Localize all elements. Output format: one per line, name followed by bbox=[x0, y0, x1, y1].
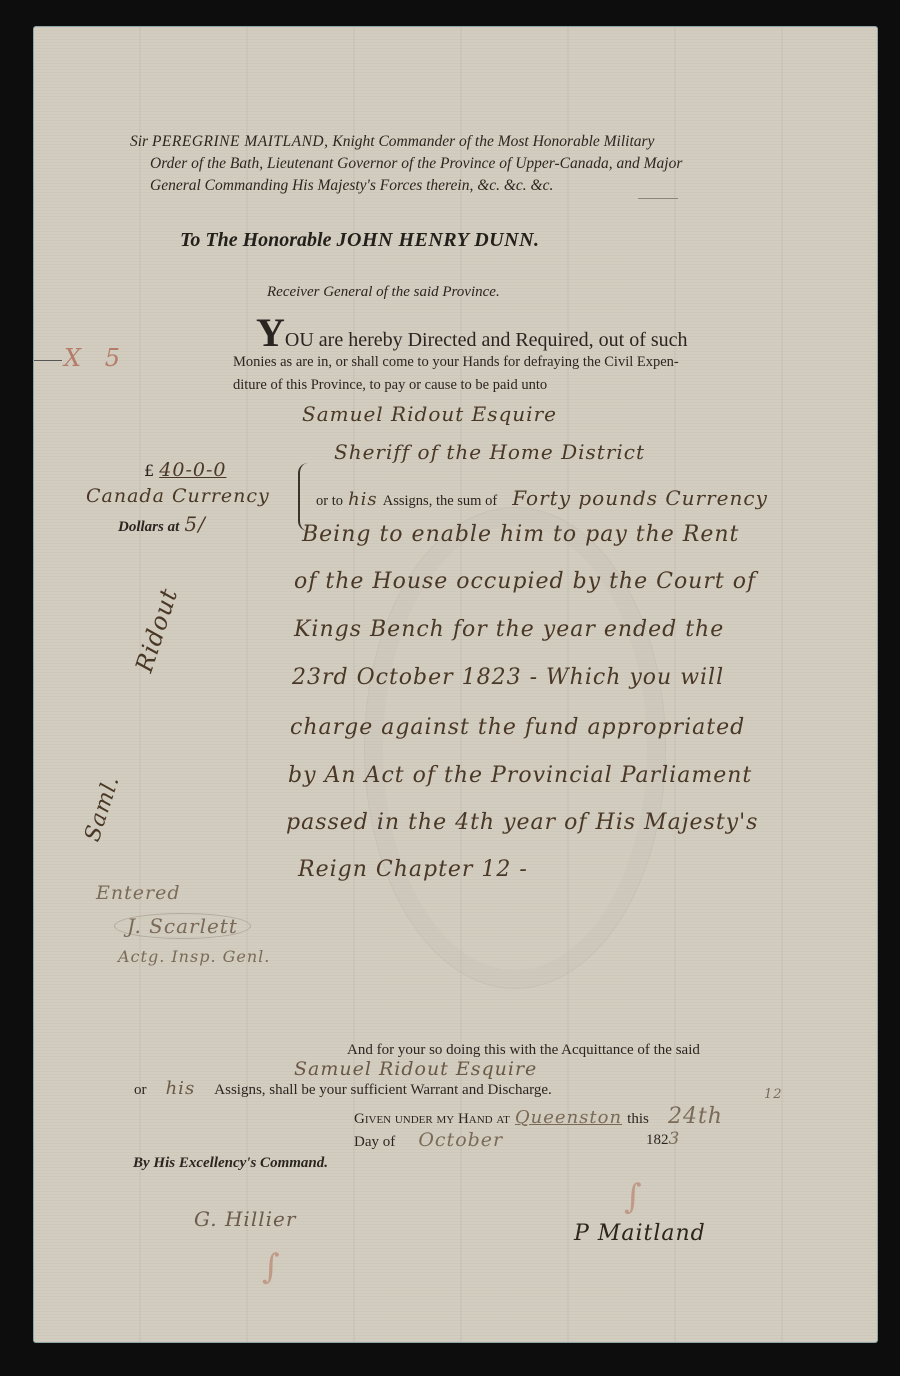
day-of-label: Day of bbox=[354, 1134, 395, 1150]
directive-line-2: Monies as are in, or shall come to your … bbox=[233, 354, 679, 371]
directive-line-1: YOU are hereby Directed and Required, ou… bbox=[256, 309, 688, 356]
directive-text-1: OU are hereby Directed and Required, out… bbox=[285, 329, 688, 351]
governor-signature: P Maitland bbox=[574, 1221, 706, 1246]
margin-amount: £ 40-0-0 bbox=[144, 459, 226, 481]
or-to-label: or to bbox=[316, 493, 343, 509]
red-margin-mark: X 5 bbox=[64, 344, 128, 372]
addressee-name: JOHN HENRY DUNN. bbox=[337, 229, 540, 251]
closing-line-2: or his Assigns, shall be your sufficient… bbox=[134, 1078, 552, 1099]
purpose-line: Being to enable him to pay the Rent bbox=[302, 522, 739, 547]
given-place: Queenston bbox=[515, 1107, 622, 1128]
given-label: Given under my Hand at bbox=[354, 1111, 510, 1127]
assigns-label: Assigns, the sum of bbox=[383, 493, 497, 509]
header-line-1: Sir PEREGRINE MAITLAND, Knight Commander… bbox=[130, 131, 654, 152]
dollars-label: Dollars at bbox=[118, 519, 179, 535]
addressee: To The Honorable JOHN HENRY DUNN. bbox=[180, 229, 540, 252]
header-prefix: Sir bbox=[130, 133, 152, 150]
red-check-mark-right: ∫ bbox=[624, 1177, 642, 1217]
sum-amount: Forty pounds Currency bbox=[512, 486, 768, 510]
secretary-signature: G. Hillier bbox=[194, 1207, 296, 1231]
warrant-document: Sir PEREGRINE MAITLAND, Knight Commander… bbox=[34, 27, 877, 1342]
given-month: October bbox=[418, 1129, 503, 1151]
payee-name: Samuel Ridout Esquire bbox=[302, 402, 557, 426]
superscript-mark: 12 bbox=[764, 1087, 783, 1102]
governor-name: PEREGRINE MAITLAND, bbox=[152, 133, 329, 150]
his-hand: his bbox=[348, 489, 378, 510]
entered-note-line-1: Entered bbox=[96, 882, 180, 904]
entered-note-signature: J. Scarlett bbox=[114, 913, 251, 939]
purpose-line: passed in the 4th year of His Majesty's bbox=[286, 810, 758, 835]
header-line-2: Order of the Bath, Lieutenant Governor o… bbox=[150, 153, 682, 174]
assigns-warrant-text: Assigns, shall be your sufficient Warran… bbox=[214, 1082, 551, 1098]
red-check-mark-left: ∫ bbox=[262, 1247, 280, 1287]
drop-cap: Y bbox=[256, 310, 285, 355]
given-year: 1823 bbox=[646, 1129, 680, 1149]
purpose-line: of the House occupied by the Court of bbox=[294, 569, 756, 594]
currency-note: Canada Currency bbox=[86, 485, 270, 507]
year-hand: 3 bbox=[669, 1129, 681, 1149]
command-line: By His Excellency's Command. bbox=[133, 1155, 328, 1172]
header-rule bbox=[638, 198, 678, 199]
ridout-margin-signature: Ridout bbox=[130, 585, 183, 676]
given-line: Given under my Hand at Queenston this 24… bbox=[354, 1104, 723, 1129]
margin-tick bbox=[34, 360, 62, 361]
header-rest: Knight Commander of the Most Honorable M… bbox=[329, 133, 655, 150]
dollars-rate: Dollars at 5/ bbox=[118, 512, 206, 536]
purpose-line: by An Act of the Provincial Parliament bbox=[288, 763, 752, 788]
day-of-line: Day of October bbox=[354, 1129, 503, 1151]
closing-his-hand: his bbox=[166, 1078, 196, 1099]
year-printed: 182 bbox=[646, 1132, 669, 1148]
entered-note-line-3: Actg. Insp. Genl. bbox=[118, 947, 270, 966]
amount-value: 40-0-0 bbox=[159, 459, 226, 481]
dollars-value: 5/ bbox=[184, 512, 205, 536]
sum-line: or to his Assigns, the sum of Forty poun… bbox=[316, 486, 768, 510]
addressee-prefix: To The Honorable bbox=[180, 229, 337, 251]
purpose-line: 23rd October 1823 - Which you will bbox=[292, 665, 724, 690]
purpose-line: Kings Bench for the year ended the bbox=[294, 617, 724, 642]
directive-line-3: diture of this Province, to pay or cause… bbox=[233, 377, 547, 394]
closing-line-1: And for your so doing this with the Acqu… bbox=[347, 1042, 700, 1059]
saml-margin-signature: Saml. bbox=[80, 772, 125, 844]
purpose-line: charge against the fund appropriated bbox=[290, 715, 745, 740]
or-label: or bbox=[134, 1082, 147, 1098]
this-label: this bbox=[627, 1111, 649, 1127]
closing-payee-name: Samuel Ridout Esquire bbox=[294, 1058, 537, 1080]
purpose-line: Reign Chapter 12 - bbox=[298, 857, 528, 882]
pound-sign: £ bbox=[144, 461, 154, 480]
given-day: 24th bbox=[668, 1104, 723, 1129]
amount-brace bbox=[298, 463, 310, 531]
payee-title: Sheriff of the Home District bbox=[334, 440, 645, 464]
addressee-title: Receiver General of the said Province. bbox=[267, 284, 500, 301]
header-line-3: General Commanding His Majesty's Forces … bbox=[150, 175, 553, 196]
